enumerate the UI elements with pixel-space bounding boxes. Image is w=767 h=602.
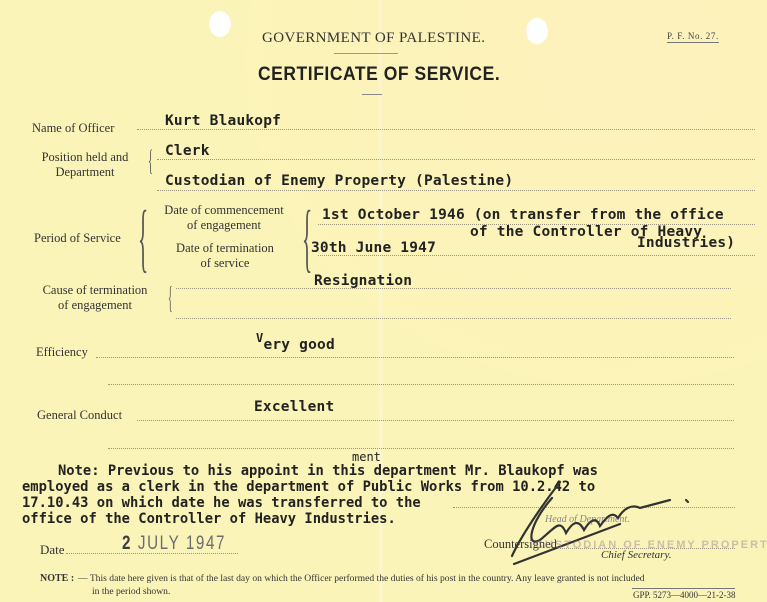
cause-brace: { [168, 281, 173, 313]
general-conduct-value: Excellent [254, 399, 334, 415]
note-line-3: 17.10.43 on which date he was transferre… [22, 495, 421, 512]
document-title: CERTIFICATE OF SERVICE. [258, 64, 500, 86]
name-of-officer-value: Kurt Blaukopf [165, 113, 281, 129]
date-label: Date [40, 542, 65, 558]
title-divider [362, 94, 382, 95]
general-conduct-line-2 [108, 448, 734, 449]
note-line-4: office of the Controller of Heavy Indust… [22, 511, 396, 528]
cause-line-1 [176, 288, 731, 289]
general-conduct-label: General Conduct [37, 408, 122, 423]
efficiency-label: Efficiency [36, 345, 88, 360]
cause-label-line2: of engagement [58, 298, 132, 312]
commencement-label-line2: of engagement [187, 218, 261, 232]
general-conduct-line-1 [137, 420, 734, 421]
print-code: GPP. 5273—4000—21-2-38 [633, 590, 736, 600]
commencement-label: Date of commencement of engagement [150, 203, 298, 233]
cause-of-termination-value: Resignation [314, 273, 412, 289]
efficiency-value-rest: ery good [263, 337, 334, 353]
efficiency-value-initial: V [256, 331, 263, 345]
punch-hole-right [526, 18, 548, 44]
chief-secretary-label: Chief Secretary. [601, 549, 671, 561]
cause-label-line1: Cause of termination [43, 283, 148, 297]
government-heading: GOVERNMENT OF PALESTINE. [262, 30, 485, 47]
period-of-service-label: Period of Service [34, 231, 121, 246]
cause-line-2 [176, 318, 731, 319]
footer-note-text-1: — This date here given is that of the la… [78, 573, 645, 584]
footer-note-label: NOTE : [40, 573, 74, 584]
position-line [157, 159, 755, 160]
termination-label: Date of termination of service [155, 241, 295, 271]
punch-hole-left [209, 11, 231, 37]
date-stamp-month-year: JULY 1947 [138, 533, 226, 554]
name-of-officer-label: Name of Officer [32, 121, 114, 136]
position-label: Position held and Department [30, 150, 140, 180]
efficiency-line-1 [96, 357, 734, 358]
period-brace-right: { [302, 200, 312, 276]
date-stamp: 2 JULY 1947 [122, 533, 226, 555]
commencement-label-line1: Date of commencement [164, 203, 283, 217]
efficiency-line-2 [108, 384, 734, 385]
heading-divider [334, 53, 398, 54]
name-of-officer-line [137, 129, 755, 130]
termination-value: 30th June 1947 [311, 240, 436, 256]
department-line [157, 190, 755, 191]
date-stamp-day: 2 [122, 533, 132, 554]
commencement-value-cont2: Industries) [637, 235, 735, 251]
commencement-value: 1st October 1946 (on transfer from the o… [322, 207, 724, 223]
termination-label-line1: Date of termination [176, 241, 274, 255]
termination-label-line2: of service [201, 256, 250, 270]
form-number: P. F. No. 27. [667, 31, 719, 43]
position-label-line2: Department [55, 165, 114, 179]
footer-note-text-2: in the period shown. [92, 586, 170, 597]
print-code-rule [632, 588, 735, 589]
cause-of-termination-label: Cause of termination of engagement [30, 283, 160, 313]
position-label-line1: Position held and [42, 150, 129, 164]
position-value: Clerk [165, 143, 210, 159]
period-brace-left: { [138, 200, 148, 276]
department-value: Custodian of Enemy Property (Palestine) [165, 173, 513, 189]
efficiency-value: Very good [256, 337, 335, 353]
position-brace: { [148, 146, 153, 176]
